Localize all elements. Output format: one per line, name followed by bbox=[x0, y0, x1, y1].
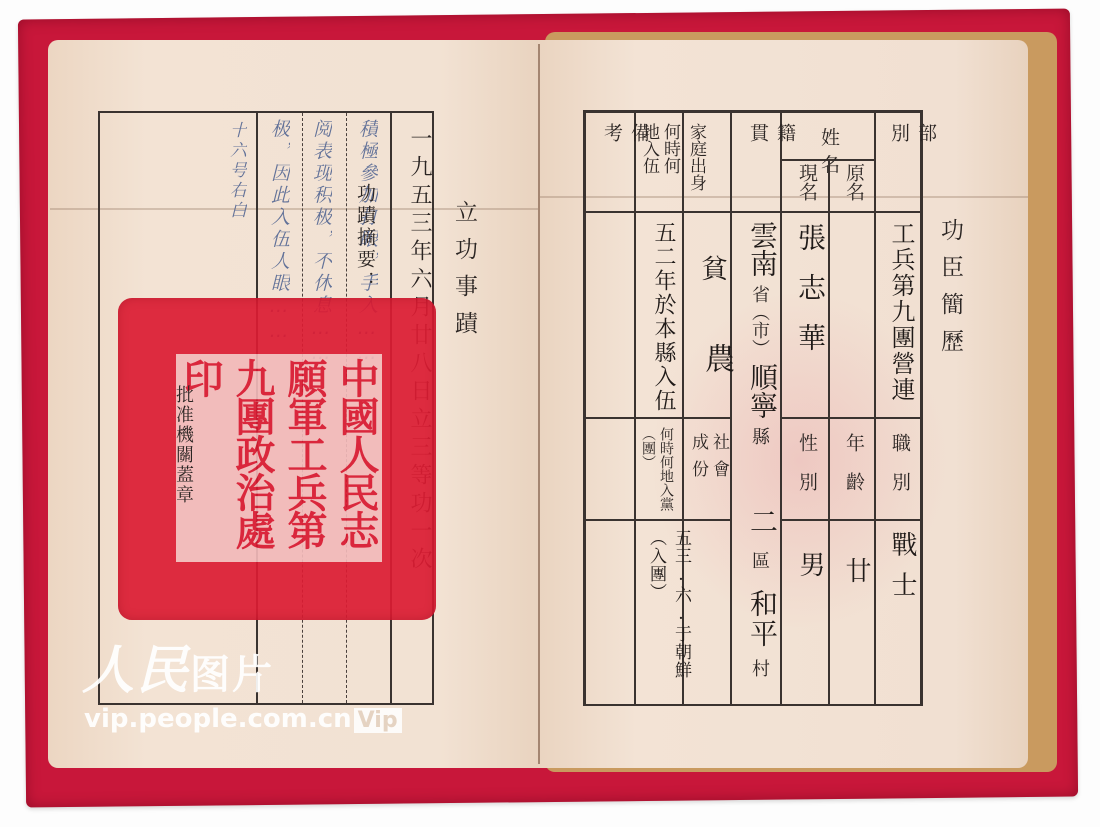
book-spine-seam bbox=[538, 44, 540, 764]
value-original-name bbox=[829, 212, 875, 418]
value-social-status: 農 bbox=[694, 343, 738, 379]
header-position: 職別 bbox=[875, 418, 921, 520]
header-sex: 性別 bbox=[781, 418, 829, 520]
page-title-hero-profile: 功臣簡歷 bbox=[934, 218, 967, 366]
value-remarks-2 bbox=[585, 520, 635, 706]
header-social-status: 社會成份 bbox=[683, 418, 731, 520]
stamp-caption: 批准機關蓋章 bbox=[170, 385, 196, 505]
header-unit: 部別 bbox=[875, 112, 921, 212]
header-original-name: 原名 bbox=[829, 160, 875, 212]
summary-label: 功蹟摘要： bbox=[352, 183, 379, 293]
value-native-place: 雲南 省（市） 順寧 縣 二 區 和平 村 bbox=[731, 212, 781, 706]
hero-profile-table: 部別 姓名 原名 現名 籍貫 家庭出身 何時何地入伍 備考 工兵第九團營連 張志… bbox=[583, 110, 923, 706]
side-note-handwriting: 十六号右白 bbox=[224, 121, 249, 221]
value-unit: 工兵第九團營連 bbox=[875, 212, 921, 418]
value-age: 廿 bbox=[829, 520, 875, 706]
watermark-vip-badge: Vip bbox=[354, 708, 402, 733]
value-position: 戰士 bbox=[875, 520, 921, 706]
seal-text: 中國人民志願軍工兵第九團政治處印 bbox=[174, 358, 382, 568]
header-family-background: 家庭出身 bbox=[683, 112, 731, 212]
page-title-merit-deeds: 立功事蹟 bbox=[448, 200, 481, 348]
regiment-seal: 中國人民志願軍工兵第九團政治處印 bbox=[118, 298, 436, 620]
remarks-blank bbox=[585, 418, 635, 520]
watermark-url: vip.people.com.cnVip bbox=[84, 704, 402, 734]
header-age: 年齡 bbox=[829, 418, 875, 520]
header-party-join: 何時何地入黨（團） bbox=[635, 418, 683, 520]
watermark-brand: 人民图片 bbox=[82, 628, 274, 703]
value-sex: 男 bbox=[781, 520, 829, 706]
value-party-join: 五三.六.于朝鮮（入團） bbox=[635, 520, 683, 706]
value-enlistment: 五二年於本縣入伍 bbox=[635, 212, 683, 418]
value-remarks bbox=[585, 212, 635, 418]
value-current-name: 張志華 bbox=[781, 212, 829, 418]
header-native-place: 籍貫 bbox=[731, 112, 781, 212]
header-remarks: 備考 bbox=[585, 112, 635, 212]
value-family-background: 貧 農 bbox=[683, 212, 731, 418]
